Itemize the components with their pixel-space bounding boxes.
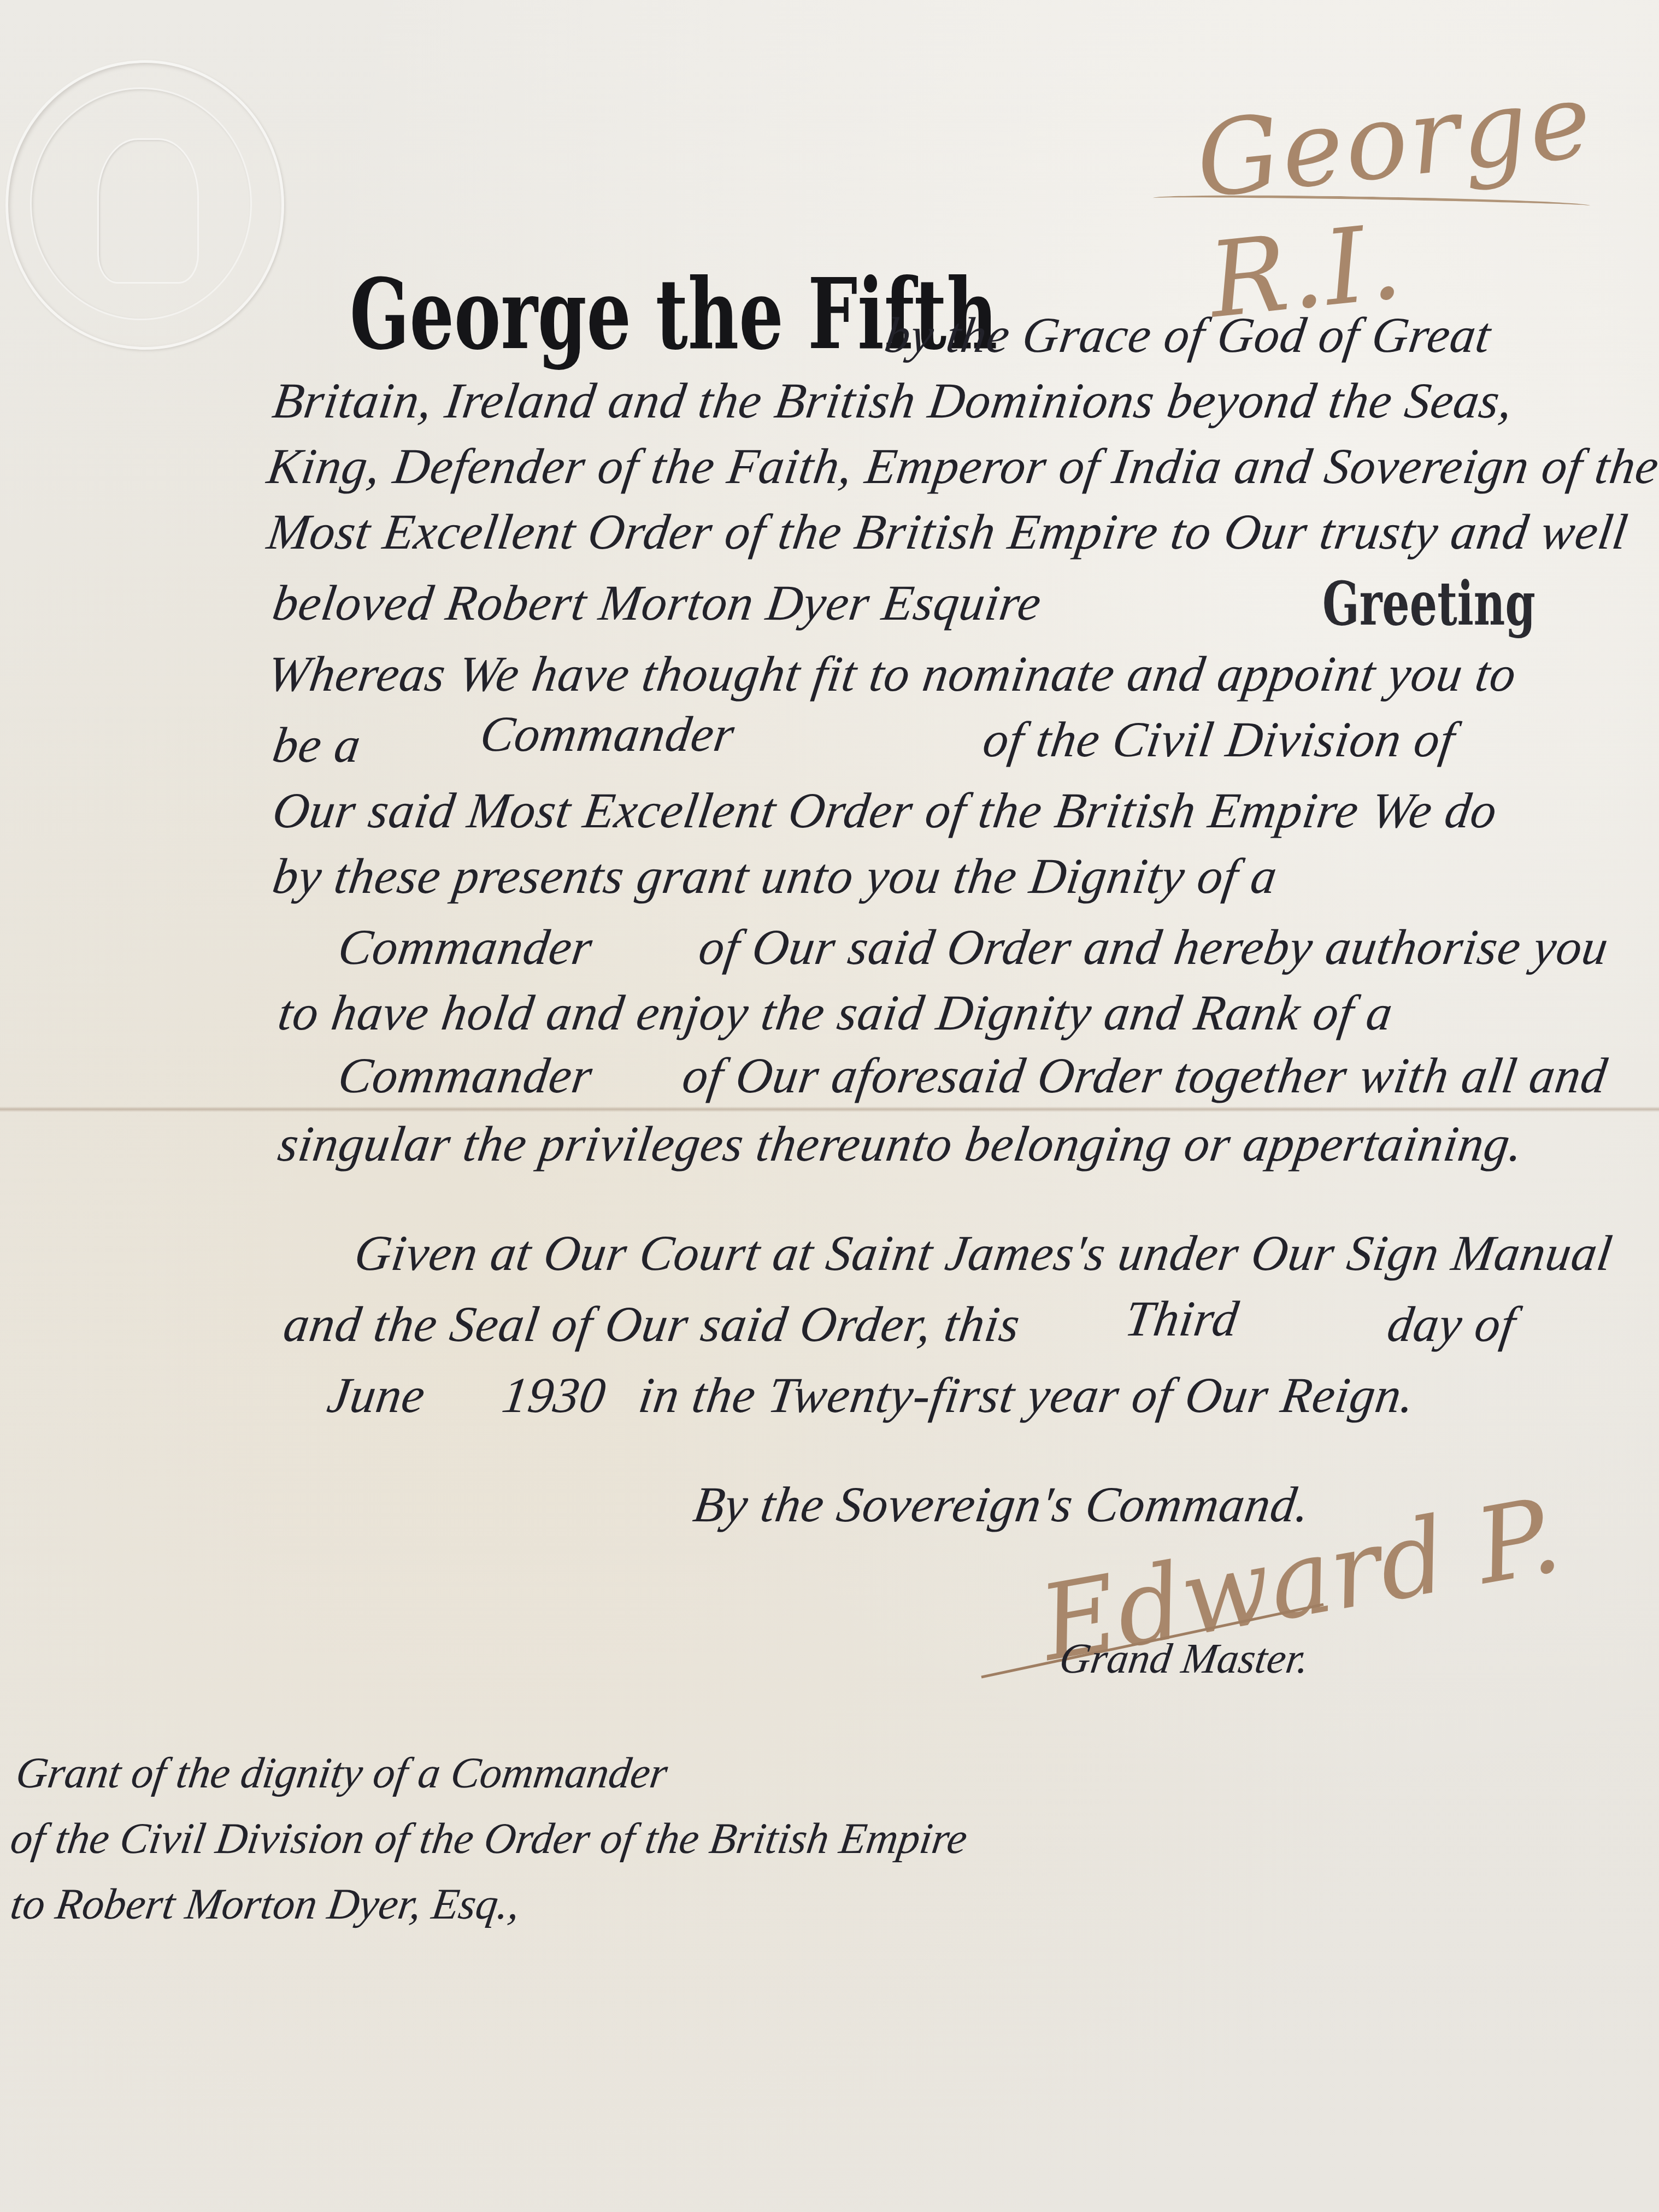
paper-fold	[0, 1107, 1659, 1112]
endorsement-line: to Robert Morton Dyer, Esq.,	[8, 1880, 523, 1929]
year-field: 1930	[499, 1366, 610, 1424]
recipient-line: beloved Robert Morton Dyer Esquire	[269, 574, 1045, 632]
given-line: in the Twenty-first year of Our Reign.	[636, 1366, 1419, 1424]
rank-field: Commander	[477, 705, 739, 763]
body-line: be a	[269, 716, 365, 774]
month-field: June	[324, 1366, 430, 1424]
endorsement-line: Grant of the dignity of a Commander	[13, 1749, 671, 1798]
body-line: Our said Most Excellent Order of the Bri…	[269, 781, 1501, 839]
endorsement-line: of the Civil Division of the Order of th…	[8, 1814, 970, 1864]
body-line: to have hold and enjoy the said Dignity …	[275, 984, 1397, 1042]
rank-field: Commander	[335, 918, 597, 976]
body-line: of Our said Order and hereby authorise y…	[696, 918, 1613, 976]
body-line: by these presents grant unto you the Dig…	[269, 847, 1281, 905]
seal-inner-ring	[30, 87, 252, 320]
body-line: singular the privileges thereunto belong…	[275, 1115, 1527, 1173]
seated-figure-icon	[97, 138, 199, 284]
grand-master-title: Grand Master.	[1057, 1634, 1313, 1683]
body-line: Most Excellent Order of the British Empi…	[264, 503, 1632, 561]
certificate-page: George R.I. George the Fifth by the Grac…	[0, 0, 1659, 2212]
rank-field: Commander	[335, 1046, 597, 1104]
given-line: day of	[1384, 1295, 1520, 1353]
day-field: Third	[1122, 1290, 1243, 1348]
body-line: King, Defender of the Faith, Emperor of …	[264, 437, 1659, 495]
body-line: Britain, Ireland and the British Dominio…	[269, 372, 1517, 430]
given-line: and the Seal of Our said Order, this	[280, 1295, 1024, 1353]
body-line: of the Civil Division of	[980, 710, 1459, 768]
embossed-seal-icon	[5, 60, 284, 350]
given-line: Given at Our Court at Saint James's unde…	[351, 1224, 1616, 1282]
body-line: of Our aforesaid Order together with all…	[679, 1046, 1611, 1104]
command-line: By the Sovereign's Command.	[690, 1475, 1314, 1533]
body-line: Whereas We have thought fit to nominate …	[264, 645, 1520, 703]
greeting-label: Greeting	[1322, 568, 1536, 639]
body-line: by the Grace of God of Great	[881, 306, 1495, 364]
